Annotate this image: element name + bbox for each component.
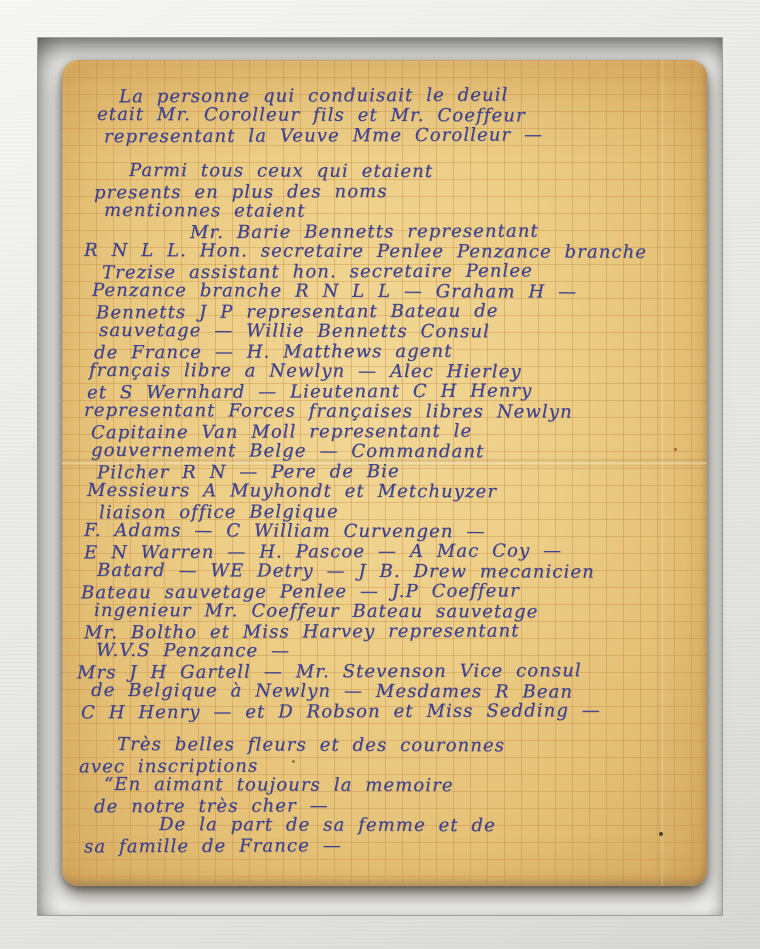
text-line: La personne qui conduisait le deuil xyxy=(119,85,707,108)
text-line: W.V.S Penzance — xyxy=(96,641,707,663)
text-line: De la part de sa femme et de xyxy=(159,815,707,837)
letter-lines: La personne qui conduisait le deuiletait… xyxy=(62,86,707,856)
text-line: etait Mr. Corolleur fils et Mr. Coeffeur xyxy=(97,105,707,127)
text-line: F. Adams — C William Curvengen — xyxy=(84,521,707,543)
text-line: presents en plus des noms xyxy=(94,181,707,204)
text-line: “En aimant toujours la memoire xyxy=(104,775,707,797)
text-line: et S Wernhard — Lieutenant C H Henry xyxy=(87,381,707,404)
picture-frame: La personne qui conduisait le deuiletait… xyxy=(0,0,760,949)
text-line: sa famille de France — xyxy=(84,835,707,858)
graph-grid xyxy=(62,60,707,886)
text-line: avec inscriptions xyxy=(79,755,707,778)
text-line: Batard — WE Detry — J B. Drew mecanicien xyxy=(97,561,707,583)
text-line: Penzance branche R N L L — Graham H — xyxy=(92,281,707,303)
text-line: ingenieur Mr. Coeffeur Bateau sauvetage xyxy=(94,601,707,623)
text-line: liaison office Belgique xyxy=(99,501,707,524)
text-line: Bateau sauvetage Penlee — J.P Coeffeur xyxy=(81,581,707,604)
text-line: mentionnes etaient xyxy=(104,201,707,223)
text-line: sauvetage — Willie Bennetts Consul xyxy=(99,321,707,343)
text-line: français libre a Newlyn — Alec Hierley xyxy=(89,361,707,383)
text-line: Messieurs A Muyhondt et Metchuyzer xyxy=(87,481,707,503)
text-line: Mr. Barie Bennetts representant xyxy=(190,221,707,243)
fold-crease-vertical xyxy=(658,60,664,886)
text-line: representant la Veuve Mme Corolleur — xyxy=(104,125,707,148)
text-line: Pilcher R N — Pere de Bie xyxy=(97,461,707,484)
text-line: representant Forces françaises libres Ne… xyxy=(84,401,707,423)
text-line: R N L L. Hon. secretaire Penlee Penzance… xyxy=(84,241,707,263)
text-line: gouvernement Belge — Commandant xyxy=(91,441,707,463)
text-line: E N Warren — H. Pascoe — A Mac Coy — xyxy=(84,541,707,564)
fold-crease-horizontal xyxy=(62,458,707,467)
letter-paper: La personne qui conduisait le deuiletait… xyxy=(62,60,707,886)
text-line: de Belgique à Newlyn — Mesdames R Bean xyxy=(91,681,707,703)
text-line: C H Henry — et D Robson et Miss Sedding … xyxy=(81,701,707,724)
text-line: Mr. Boltho et Miss Harvey representant xyxy=(84,621,707,644)
text-line: Capitaine Van Moll representant le xyxy=(91,421,707,444)
text-line: Trezise assistant hon. secretaire Penlee xyxy=(102,261,707,284)
paper-blemish xyxy=(674,448,677,451)
frame-mat: La personne qui conduisait le deuiletait… xyxy=(37,37,723,916)
text-line: de France — H. Matthews agent xyxy=(94,341,707,364)
paper-blemish xyxy=(292,760,295,763)
text-line: de notre très cher — xyxy=(94,795,707,818)
text-line: Bennetts J P representant Bateau de xyxy=(96,301,707,324)
text-line: Mrs J H Gartell — Mr. Stevenson Vice con… xyxy=(77,661,707,684)
text-line: Parmi tous ceux qui etaient xyxy=(129,161,707,183)
ink-speck xyxy=(659,832,663,836)
text-line: Très belles fleurs et des couronnes xyxy=(117,735,707,757)
